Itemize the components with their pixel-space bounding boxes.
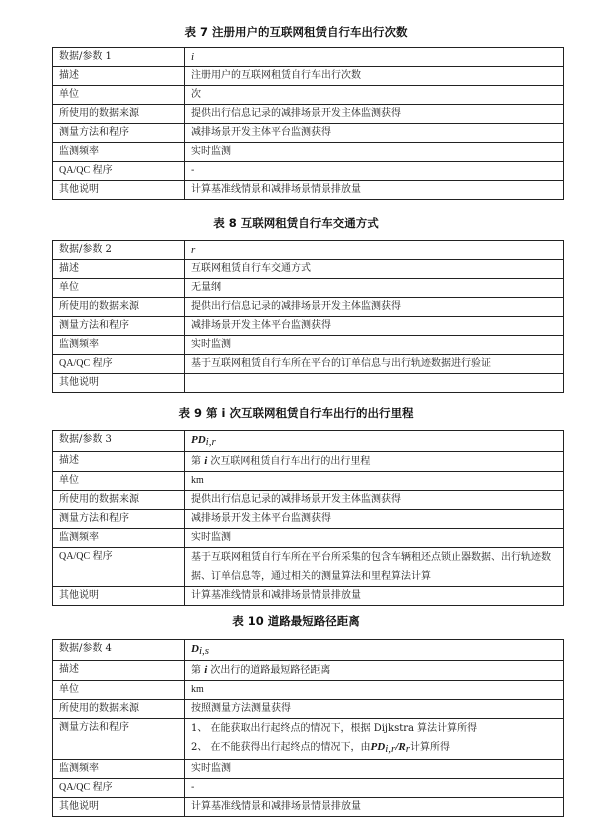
symbol: D [191, 643, 199, 655]
row-value: 基于互联网租赁自行车所在平台所采集的包含车辆租还点锁止器数据、出行轨迹数据、订单… [185, 548, 564, 587]
text: 第 [191, 456, 204, 467]
row-value: 减排场景开发主体平台监测获得 [185, 124, 564, 143]
row-key: 测量方法和程序 [53, 124, 185, 143]
table-row: 单位km [53, 472, 564, 491]
method-line-2: 2、 在不能获得出行起终点的情况下，由PDi,r/Rr计算所得 [191, 738, 557, 759]
table-row: 数据/参数 2r [53, 241, 564, 260]
row-value: km [185, 681, 564, 700]
row-key: 所使用的数据来源 [53, 298, 185, 317]
row-value: 计算基准线情景和减排场景情景排放量 [185, 181, 564, 200]
row-key: 监测频率 [53, 336, 185, 355]
table-8-caption: 表 8 互联网租赁自行车交通方式 [0, 216, 592, 230]
row-key: 单位 [53, 86, 185, 105]
row-value: 实时监测 [185, 143, 564, 162]
table-row: 测量方法和程序减排场景开发主体平台监测获得 [53, 124, 564, 143]
table-8: 数据/参数 2r 描述互联网租赁自行车交通方式 单位无量纲 所使用的数据来源提供… [52, 240, 564, 393]
table-row: 测量方法和程序 1、 在能获取出行起终点的情况下，根据 Dijkstra 算法计… [53, 719, 564, 760]
table-row: 单位次 [53, 86, 564, 105]
row-key: QA/QC 程序 [53, 355, 185, 374]
table-row: QA/QC 程序- [53, 162, 564, 181]
symbol-subscript: i,r [206, 436, 216, 448]
table-row: 描述 第 i 次互联网租赁自行车出行的出行里程 [53, 452, 564, 472]
row-value: 提供出行信息记录的减排场景开发主体监测获得 [185, 491, 564, 510]
symbol: PD [371, 741, 386, 753]
row-key: 单位 [53, 279, 185, 298]
symbol-subscript: i,s [199, 645, 209, 657]
row-value: 第 i 次互联网租赁自行车出行的出行里程 [185, 452, 564, 472]
row-value: PDi,r [185, 431, 564, 452]
symbol-subscript: i,r [385, 743, 395, 755]
text: 次互联网租赁自行车出行的出行里程 [207, 456, 370, 467]
table-row: 描述互联网租赁自行车交通方式 [53, 260, 564, 279]
row-value: 计算基准线情景和减排场景情景排放量 [185, 587, 564, 606]
table-row: 其他说明计算基准线情景和减排场景情景排放量 [53, 798, 564, 817]
table-7: 数据/参数 1i 描述注册用户的互联网租赁自行车出行次数 单位次 所使用的数据来… [52, 47, 564, 200]
row-value: 提供出行信息记录的减排场景开发主体监测获得 [185, 298, 564, 317]
row-value: - [185, 779, 564, 798]
row-key: 描述 [53, 260, 185, 279]
row-value [185, 374, 564, 393]
row-key: 单位 [53, 681, 185, 700]
method-line-1: 1、 在能获取出行起终点的情况下，根据 Dijkstra 算法计算所得 [191, 719, 557, 738]
table-row: QA/QC 程序基于互联网租赁自行车所在平台所采集的包含车辆租还点锁止器数据、出… [53, 548, 564, 587]
row-key: 测量方法和程序 [53, 317, 185, 336]
row-value: 减排场景开发主体平台监测获得 [185, 510, 564, 529]
table-row: 描述 第 i 次出行的道路最短路径距离 [53, 661, 564, 681]
table-row: QA/QC 程序基于互联网租赁自行车所在平台的订单信息与出行轨迹数据进行验证 [53, 355, 564, 374]
table-row: QA/QC 程序- [53, 779, 564, 798]
row-key: 数据/参数 3 [53, 431, 185, 452]
table-9-caption: 表 9 第 i 次互联网租赁自行车出行的出行里程 [0, 406, 592, 420]
row-value: 实时监测 [185, 336, 564, 355]
row-key: QA/QC 程序 [53, 162, 185, 181]
text: 2、 在不能获得出行起终点的情况下，由 [191, 742, 371, 753]
table-row: 测量方法和程序减排场景开发主体平台监测获得 [53, 317, 564, 336]
table-row: 监测频率实时监测 [53, 336, 564, 355]
table-row: 数据/参数 4 Di,s [53, 640, 564, 661]
row-key: 所使用的数据来源 [53, 105, 185, 124]
row-key: 其他说明 [53, 181, 185, 200]
row-key: 其他说明 [53, 374, 185, 393]
row-value: r [185, 241, 564, 260]
row-key: QA/QC 程序 [53, 779, 185, 798]
row-value: 实时监测 [185, 529, 564, 548]
table-row: 数据/参数 3 PDi,r [53, 431, 564, 452]
table-row: 所使用的数据来源按照测量方法测量获得 [53, 700, 564, 719]
text: 计算所得 [410, 742, 450, 753]
row-value: - [185, 162, 564, 181]
table-10-caption: 表 10 道路最短路径距离 [0, 614, 592, 628]
table-row: 监测频率实时监测 [53, 143, 564, 162]
symbol: PD [191, 434, 206, 446]
table-row: 测量方法和程序减排场景开发主体平台监测获得 [53, 510, 564, 529]
symbol: R [398, 741, 405, 753]
text: 次出行的道路最短路径距离 [207, 665, 330, 676]
table-row: 其他说明计算基准线情景和减排场景情景排放量 [53, 181, 564, 200]
row-key: 监测频率 [53, 529, 185, 548]
row-value: km [185, 472, 564, 491]
table-row: 描述注册用户的互联网租赁自行车出行次数 [53, 67, 564, 86]
row-value: 无量纲 [185, 279, 564, 298]
row-value: i [185, 48, 564, 67]
table-7-caption: 表 7 注册用户的互联网租赁自行车出行次数 [0, 25, 592, 39]
row-key: 监测频率 [53, 760, 185, 779]
table-row: 所使用的数据来源提供出行信息记录的减排场景开发主体监测获得 [53, 298, 564, 317]
row-value: 减排场景开发主体平台监测获得 [185, 317, 564, 336]
table-row: 其他说明 [53, 374, 564, 393]
table-row: 所使用的数据来源提供出行信息记录的减排场景开发主体监测获得 [53, 105, 564, 124]
row-value: 提供出行信息记录的减排场景开发主体监测获得 [185, 105, 564, 124]
row-key: 单位 [53, 472, 185, 491]
table-row: 监测频率实时监测 [53, 529, 564, 548]
row-key: 所使用的数据来源 [53, 700, 185, 719]
row-value: 基于互联网租赁自行车所在平台的订单信息与出行轨迹数据进行验证 [185, 355, 564, 374]
row-key: 监测频率 [53, 143, 185, 162]
row-value: 互联网租赁自行车交通方式 [185, 260, 564, 279]
text: 第 [191, 665, 204, 676]
row-value: 计算基准线情景和减排场景情景排放量 [185, 798, 564, 817]
row-value: 第 i 次出行的道路最短路径距离 [185, 661, 564, 681]
row-key: 描述 [53, 67, 185, 86]
row-value: Di,s [185, 640, 564, 661]
table-row: 监测频率实时监测 [53, 760, 564, 779]
row-value: 实时监测 [185, 760, 564, 779]
row-key: 数据/参数 1 [53, 48, 185, 67]
row-value: 1、 在能获取出行起终点的情况下，根据 Dijkstra 算法计算所得 2、 在… [185, 719, 564, 760]
table-row: 单位无量纲 [53, 279, 564, 298]
row-value: 次 [185, 86, 564, 105]
row-key: 数据/参数 4 [53, 640, 185, 661]
table-10: 数据/参数 4 Di,s 描述 第 i 次出行的道路最短路径距离 单位km 所使… [52, 639, 564, 817]
row-key: 数据/参数 2 [53, 241, 185, 260]
table-row: 数据/参数 1i [53, 48, 564, 67]
row-key: 所使用的数据来源 [53, 491, 185, 510]
row-key: 描述 [53, 452, 185, 472]
row-key: 测量方法和程序 [53, 510, 185, 529]
row-key: 其他说明 [53, 587, 185, 606]
row-value: 注册用户的互联网租赁自行车出行次数 [185, 67, 564, 86]
table-row: 其他说明计算基准线情景和减排场景情景排放量 [53, 587, 564, 606]
table-9: 数据/参数 3 PDi,r 描述 第 i 次互联网租赁自行车出行的出行里程 单位… [52, 430, 564, 606]
row-key: QA/QC 程序 [53, 548, 185, 587]
row-value: 按照测量方法测量获得 [185, 700, 564, 719]
table-row: 单位km [53, 681, 564, 700]
table-row: 所使用的数据来源提供出行信息记录的减排场景开发主体监测获得 [53, 491, 564, 510]
row-key: 其他说明 [53, 798, 185, 817]
row-key: 描述 [53, 661, 185, 681]
row-key: 测量方法和程序 [53, 719, 185, 760]
